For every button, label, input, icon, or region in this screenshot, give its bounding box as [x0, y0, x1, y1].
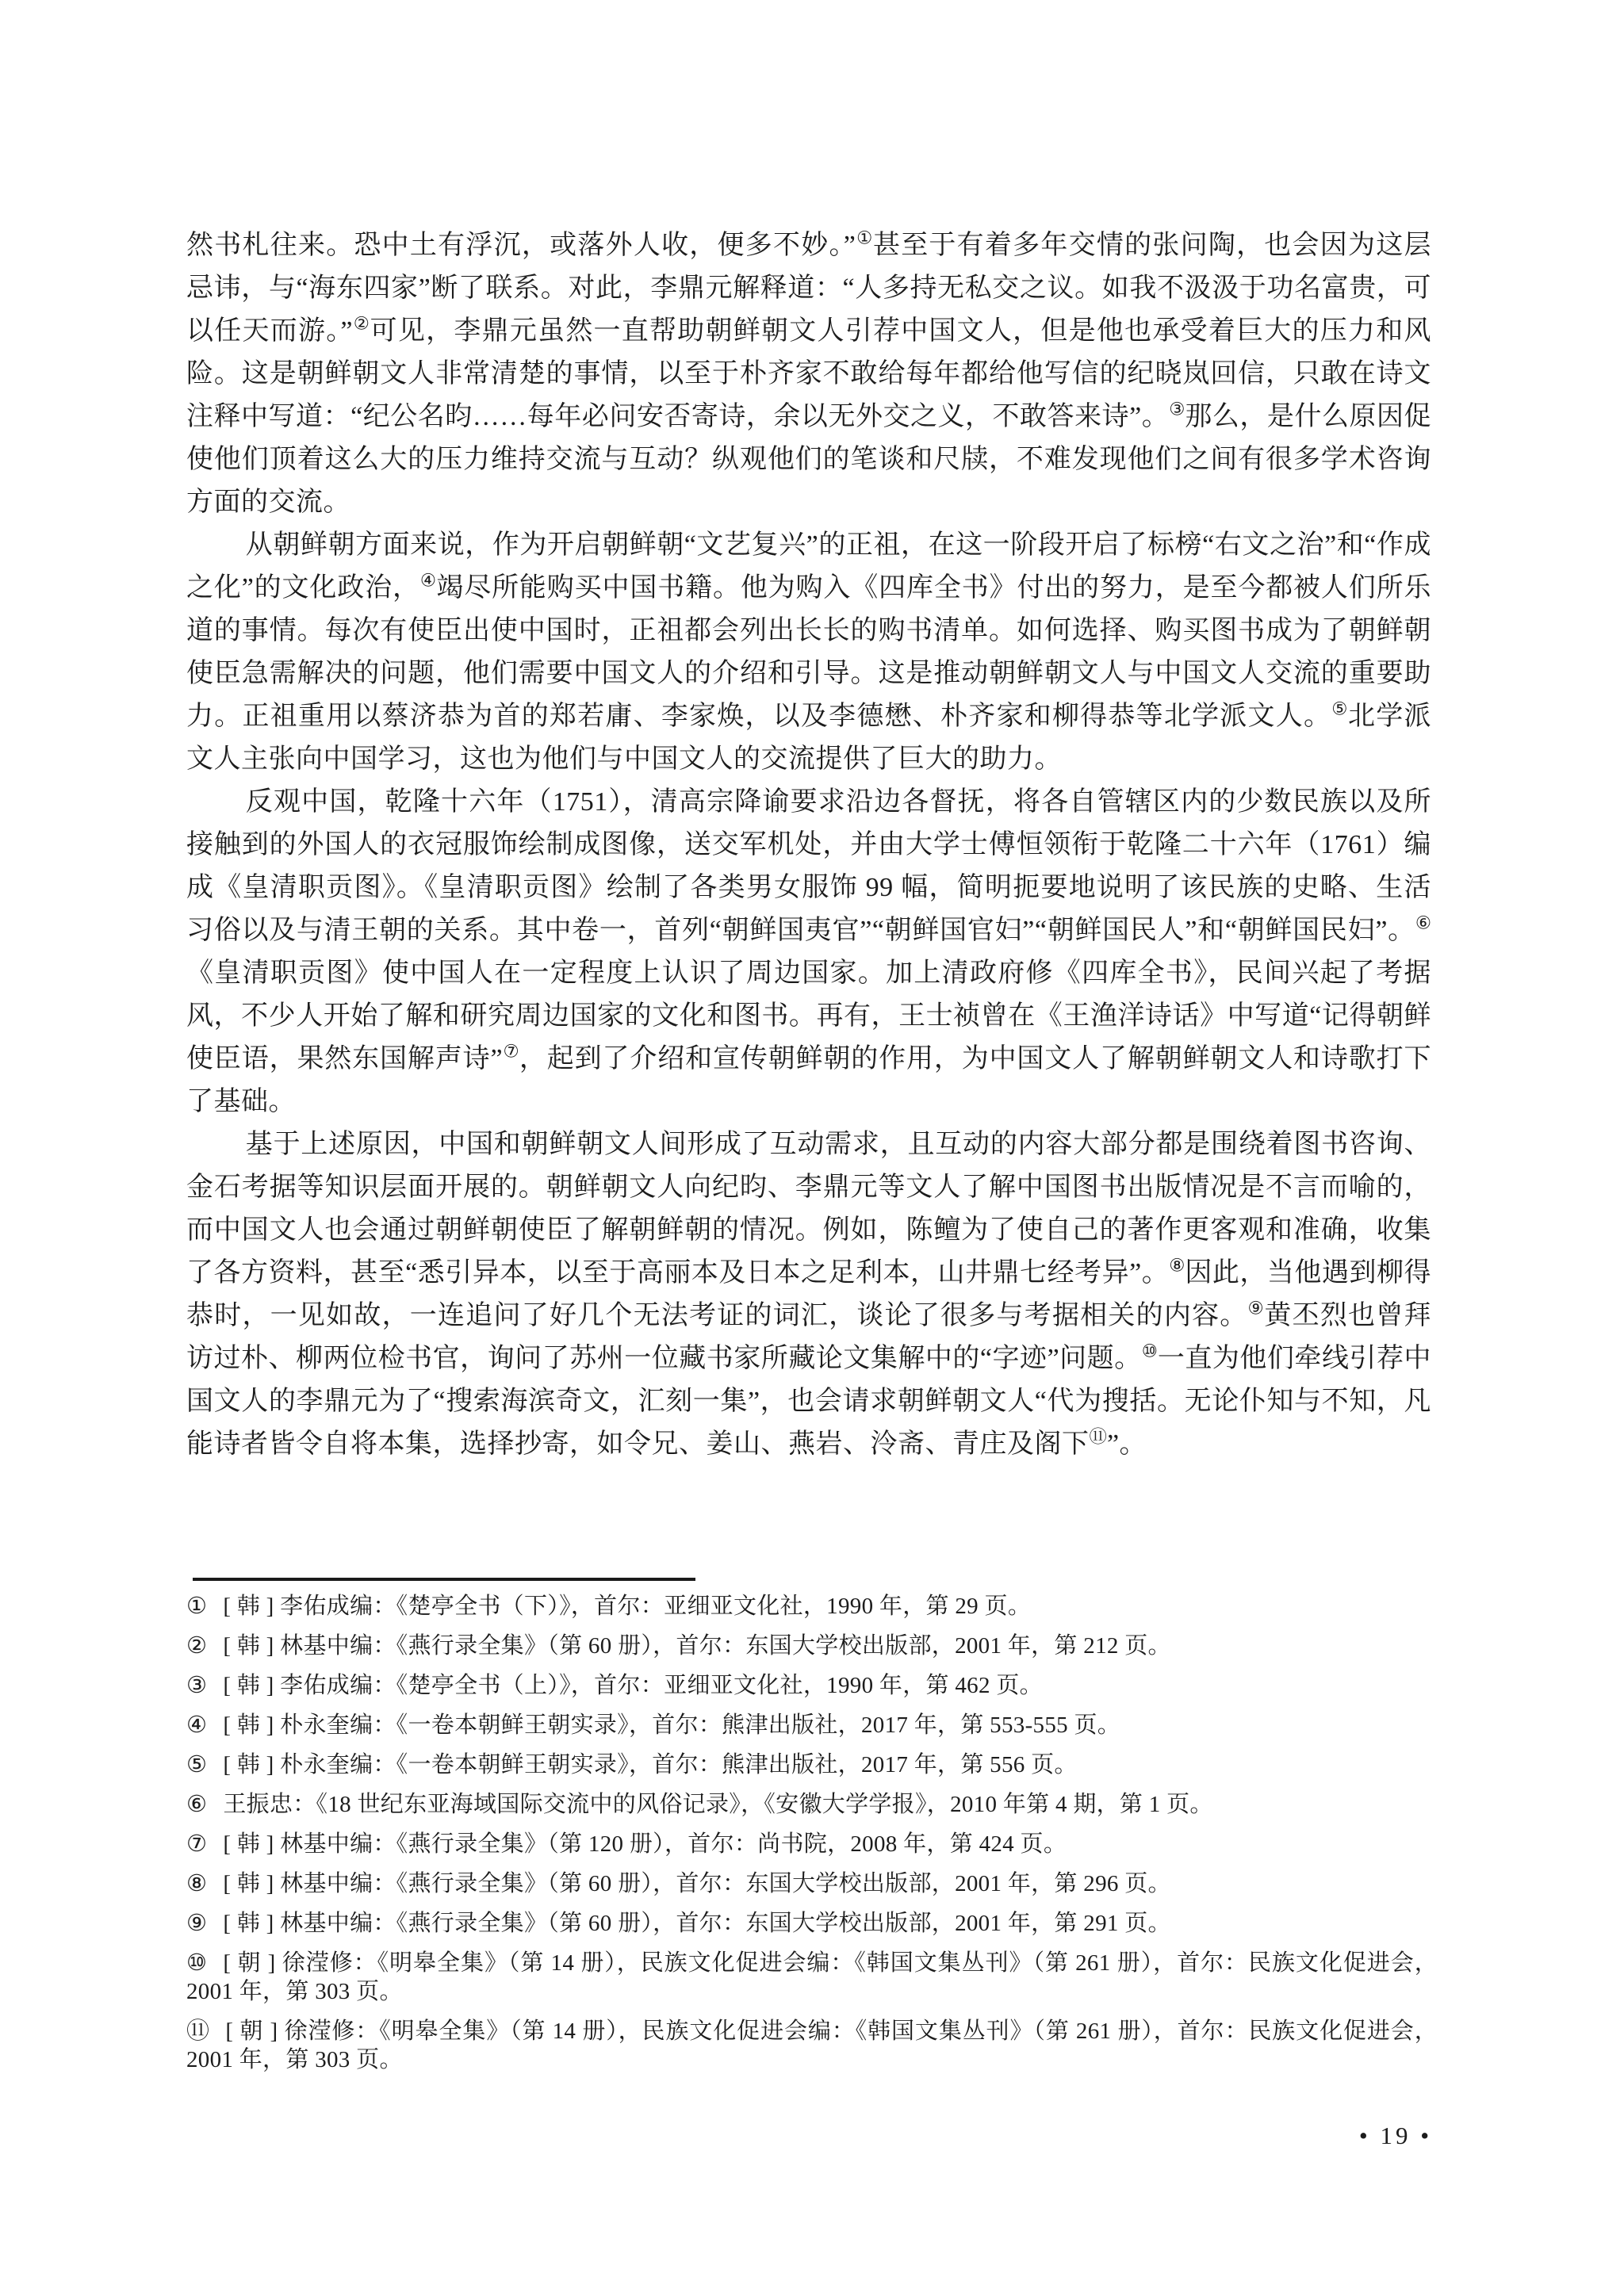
footnote-text: [ 韩 ] 林基中编：《燕行录全集》（第 60 册），首尔：东国大学校出版部，2… [223, 1871, 1171, 1896]
footnote-text: [ 韩 ] 朴永奎编：《一卷本朝鲜王朝实录》，首尔：熊津出版社，2017 年，第… [223, 1752, 1077, 1777]
footnote-item-3: ③[ 韩 ] 李佑成编：《楚亭全书（上）》，首尔：亚细亚文化社，1990 年，第… [186, 1671, 1438, 1700]
footnote-text: [ 韩 ] 林基中编：《燕行录全集》（第 60 册），首尔：东国大学校出版部，2… [223, 1911, 1171, 1936]
footnote-item-4: ④[ 韩 ] 朴永奎编：《一卷本朝鲜王朝实录》，首尔：熊津出版社，2017 年，… [186, 1711, 1438, 1739]
footnote-item-10: ⑩[ 朝 ] 徐滢修：《明皋全集》（第 14 册），民族文化促进会编：《韩国文集… [186, 1949, 1438, 2006]
footnote-item-2: ②[ 韩 ] 林基中编：《燕行录全集》（第 60 册），首尔：东国大学校出版部，… [186, 1632, 1438, 1660]
footnote-item-11: ⑪[ 朝 ] 徐滢修：《明皋全集》（第 14 册），民族文化促进会编：《韩国文集… [186, 2017, 1438, 2074]
footnote-ref: ⑤ [1331, 699, 1348, 719]
footnote-text: [ 韩 ] 朴永奎编：《一卷本朝鲜王朝实录》，首尔：熊津出版社，2017 年，第… [223, 1712, 1120, 1738]
footnote-ref: ⑨ [1248, 1299, 1265, 1318]
footnote-text: [ 韩 ] 林基中编：《燕行录全集》（第 120 册），首尔：尚书院，2008 … [223, 1831, 1067, 1857]
footnote-item-6: ⑥王振忠：《18 世纪东亚海域国际交流中的风俗记录》，《安徽大学学报》，2010… [186, 1790, 1438, 1819]
footnote-marker: ⑩ [186, 1949, 207, 1977]
page-number: • 19 • [1344, 2122, 1447, 2150]
footnote-text: [ 朝 ] 徐滢修：《明皋全集》（第 14 册），民族文化促进会编：《韩国文集丛… [186, 2019, 1438, 2072]
footnote-ref: ⑩ [1142, 1341, 1158, 1361]
footnote-item-5: ⑤[ 韩 ] 朴永奎编：《一卷本朝鲜王朝实录》，首尔：熊津出版社，2017 年，… [186, 1751, 1438, 1779]
footnote-item-1: ①[ 韩 ] 李佑成编：《楚亭全书（下）》，首尔：亚细亚文化社，1990 年，第… [186, 1592, 1438, 1621]
footnote-text: [ 韩 ] 林基中编：《燕行录全集》（第 60 册），首尔：东国大学校出版部，2… [223, 1633, 1171, 1659]
paragraph-2: 从朝鲜朝方面来说，作为开启朝鲜朝“文艺复兴”的正祖，在这一阶段开启了标榜“右文之… [186, 524, 1431, 781]
footnote-ref: ⑥ [1415, 913, 1431, 933]
footnote-separator [193, 1578, 695, 1581]
paragraph-1: 然书札往来。恐中土有浮沉，或落外人收，便多不妙。”①甚至于有着多年交情的张问陶，… [186, 224, 1431, 524]
footnote-ref: ⑪ [1090, 1427, 1107, 1447]
footnote-ref: ④ [420, 571, 436, 591]
footnote-ref: ⑦ [503, 1042, 519, 1062]
footnotes-section: ①[ 韩 ] 李佑成编：《楚亭全书（下）》，首尔：亚细亚文化社，1990 年，第… [186, 1592, 1438, 2085]
footnote-item-8: ⑧[ 韩 ] 林基中编：《燕行录全集》（第 60 册），首尔：东国大学校出版部，… [186, 1869, 1438, 1898]
footnote-ref: ② [353, 314, 370, 334]
footnote-text: [ 韩 ] 李佑成编：《楚亭全书（上）》，首尔：亚细亚文化社，1990 年，第 … [223, 1673, 1043, 1698]
footnote-item-9: ⑨[ 韩 ] 林基中编：《燕行录全集》（第 60 册），首尔：东国大学校出版部，… [186, 1909, 1438, 1938]
footnote-marker: ⑨ [186, 1909, 207, 1938]
footnote-ref: ① [856, 228, 873, 248]
footnote-marker: ② [186, 1632, 207, 1660]
footnote-marker: ⑧ [186, 1869, 207, 1898]
footnote-text: [ 韩 ] 李佑成编：《楚亭全书（下）》，首尔：亚细亚文化社，1990 年，第 … [223, 1594, 1031, 1619]
footnote-marker: ① [186, 1592, 207, 1621]
body-text: 然书札往来。恐中土有浮沉，或落外人收，便多不妙。”①甚至于有着多年交情的张问陶，… [186, 224, 1431, 1466]
footnote-text: 王振忠：《18 世纪东亚海域国际交流中的风俗记录》，《安徽大学学报》，2010 … [223, 1792, 1212, 1817]
footnote-marker: ⑤ [186, 1751, 207, 1779]
footnote-marker: ④ [186, 1711, 207, 1739]
paragraph-3: 反观中国，乾隆十六年（1751），清高宗降谕要求沿边各督抚，将各自管辖区内的少数… [186, 781, 1431, 1123]
document-page: 然书札往来。恐中土有浮沉，或落外人收，便多不妙。”①甚至于有着多年交情的张问陶，… [0, 0, 1624, 2296]
footnote-marker: ⑥ [186, 1790, 207, 1819]
footnote-marker: ③ [186, 1671, 207, 1700]
footnote-ref: ③ [1169, 400, 1185, 419]
paragraph-4: 基于上述原因，中国和朝鲜朝文人间形成了互动需求，且互动的内容大部分都是围绕着图书… [186, 1123, 1431, 1466]
footnote-item-7: ⑦[ 韩 ] 林基中编：《燕行录全集》（第 120 册），首尔：尚书院，2008… [186, 1830, 1438, 1858]
footnote-text: [ 朝 ] 徐滢修：《明皋全集》（第 14 册），民族文化促进会编：《韩国文集丛… [186, 1950, 1438, 2004]
footnote-marker: ⑦ [186, 1830, 207, 1858]
footnote-ref: ⑧ [1169, 1256, 1185, 1276]
footnote-marker: ⑪ [186, 2017, 209, 2045]
